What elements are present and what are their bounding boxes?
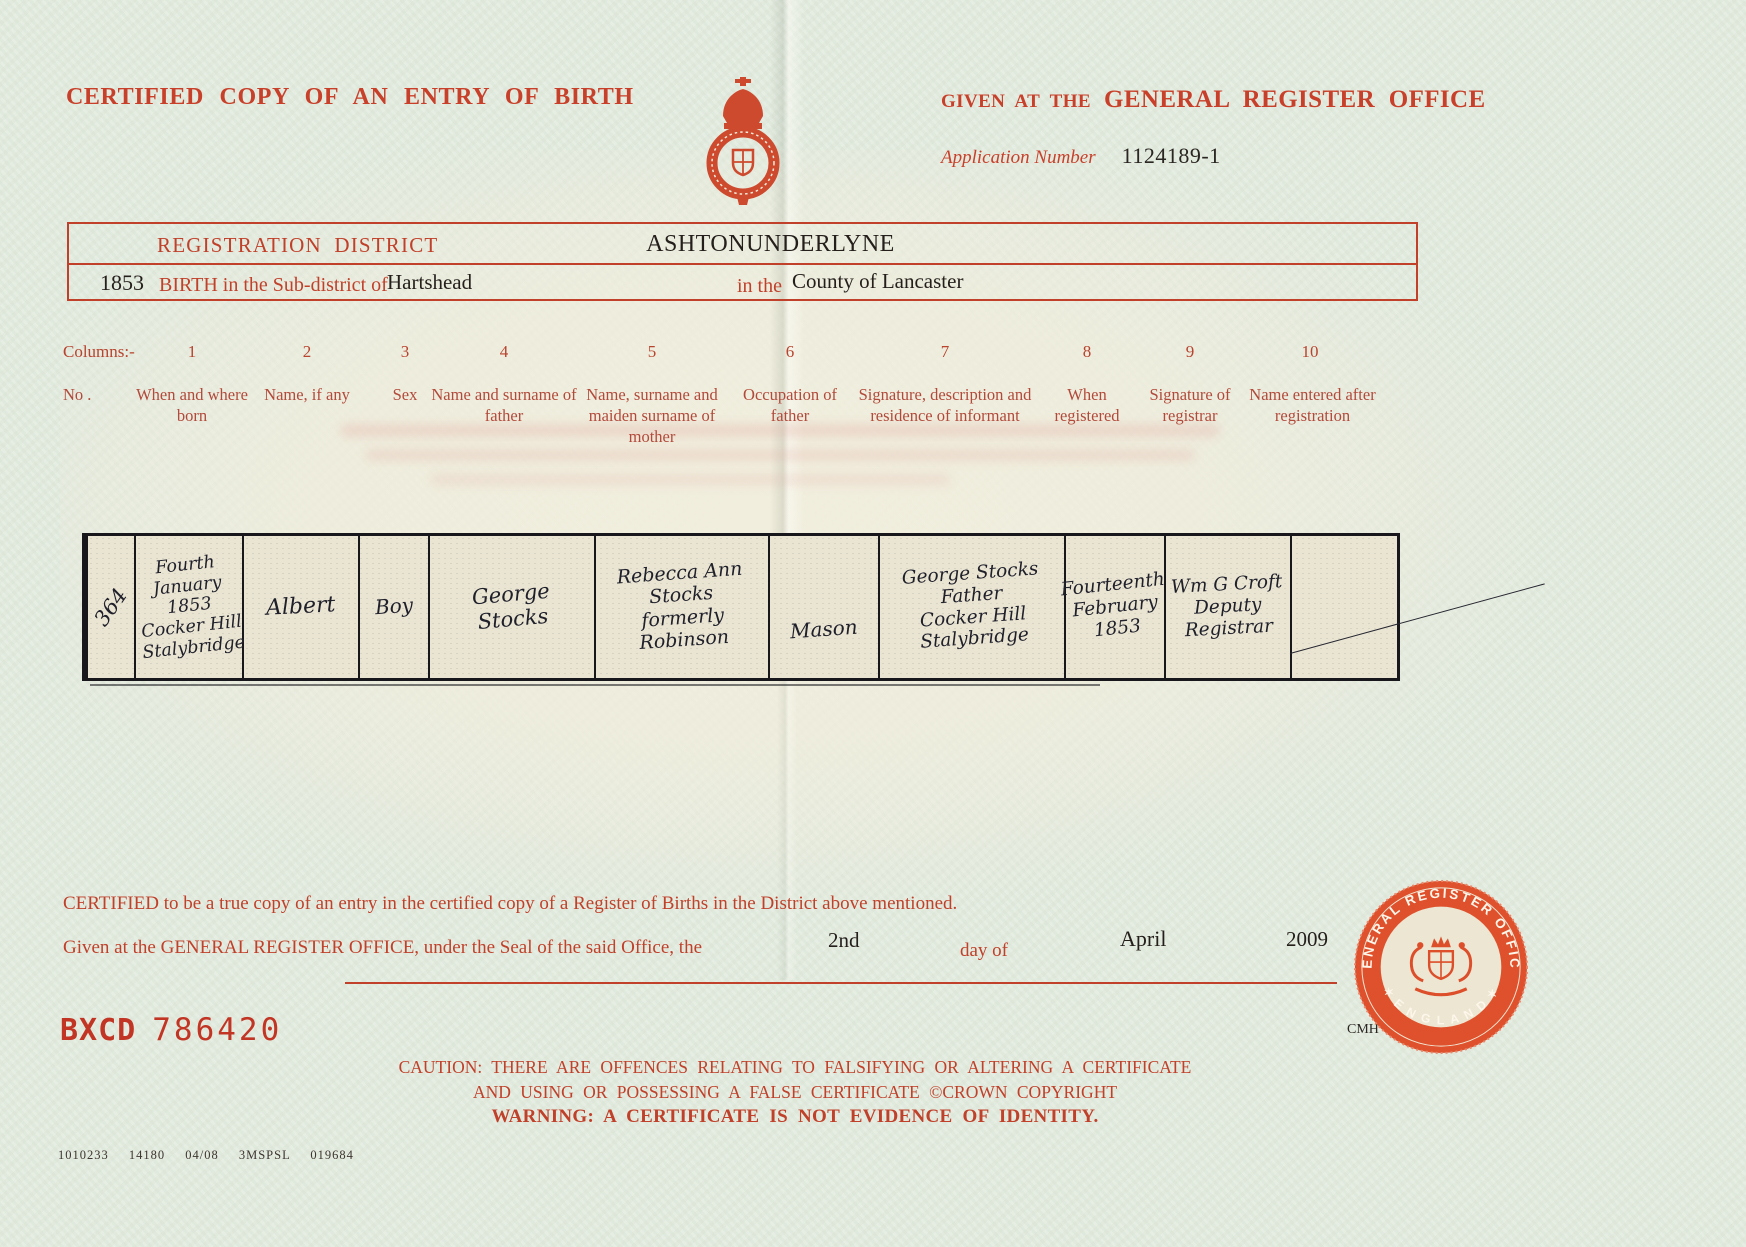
column-header-no: No . bbox=[63, 384, 123, 405]
general-register-office-seal-icon: GENERAL REGISTER OFFICE ✶ E N G L A N D … bbox=[1352, 878, 1530, 1056]
district-box-row1: REGISTRATION DISTRICT ASHTONUNDERLYNE bbox=[69, 224, 1416, 265]
column-number-6: 6 bbox=[768, 342, 812, 362]
column-header-occupation: Occupation of father bbox=[730, 384, 850, 426]
entry-cell-occupation: Mason bbox=[770, 536, 880, 678]
entry-registrar-signature: Wm G Croft Deputy Registrar bbox=[1171, 571, 1286, 642]
column-number-10: 10 bbox=[1288, 342, 1332, 362]
serial-prefix: BXCD bbox=[60, 1013, 136, 1048]
entry-cell-no: 364 bbox=[88, 536, 136, 678]
caution-line-1: CAUTION: THERE ARE OFFENCES RELATING TO … bbox=[310, 1055, 1280, 1080]
entry-cell-when-registered: Fourteenth February 1853 bbox=[1066, 536, 1166, 678]
day-of-label: day of bbox=[960, 940, 1008, 962]
entry-cell-sex: Boy bbox=[360, 536, 430, 678]
subdistrict-value: Hartshead bbox=[387, 270, 472, 295]
caution-line-2: AND USING OR POSSESSING A FALSE CERTIFIC… bbox=[310, 1080, 1280, 1105]
district-box-row2: 1853 BIRTH in the Sub-district of Hartsh… bbox=[69, 265, 1416, 301]
entry-no: 364 bbox=[89, 583, 132, 630]
entry-occupation: Mason bbox=[789, 616, 858, 644]
column-number-9: 9 bbox=[1168, 342, 1212, 362]
column-number-5: 5 bbox=[630, 342, 674, 362]
given-at-office: GENERAL REGISTER OFFICE bbox=[1104, 86, 1486, 114]
column-number-7: 7 bbox=[923, 342, 967, 362]
column-header-informant: Signature, description and residence of … bbox=[840, 384, 1050, 426]
column-header-registrar-signature: Signature of registrar bbox=[1130, 384, 1250, 426]
entry-sex: Boy bbox=[374, 594, 414, 620]
entry-when-where-born: Fourth January 1853 Cocker Hill Stalybri… bbox=[132, 550, 245, 663]
print-reference-code: 1010233 14180 04/08 3MSPSL 019684 bbox=[58, 1148, 354, 1163]
application-number-row: Application Number 1124189-1 bbox=[941, 143, 1221, 169]
birth-certificate-page: { "palette": { "accent_red": "#c0402a", … bbox=[0, 0, 1746, 1247]
register-underline bbox=[90, 684, 1100, 686]
column-number-4: 4 bbox=[482, 342, 526, 362]
columns-label: Columns:- bbox=[63, 342, 135, 362]
column-header-name-after-registration: Name entered after registration bbox=[1240, 384, 1385, 426]
column-header-when-where-born: When and where born bbox=[132, 384, 252, 426]
register-entry-row: 364 Fourth January 1853 Cocker Hill Stal… bbox=[82, 533, 1400, 681]
entry-cell-father: George Stocks bbox=[430, 536, 596, 678]
column-header-when-registered: When registered bbox=[1037, 384, 1137, 426]
issue-year: 2009 bbox=[1286, 927, 1328, 952]
column-number-8: 8 bbox=[1065, 342, 1109, 362]
warning-notice: WARNING: A CERTIFICATE IS NOT EVIDENCE O… bbox=[310, 1106, 1280, 1128]
caution-notice: CAUTION: THERE ARE OFFENCES RELATING TO … bbox=[310, 1055, 1280, 1104]
column-number-1: 1 bbox=[170, 342, 214, 362]
entry-cell-mother: Rebecca Ann Stocks formerly Robinson bbox=[596, 536, 770, 678]
column-header-name: Name, if any bbox=[247, 384, 367, 405]
certificate-title: CERTIFIED COPY OF AN ENTRY OF BIRTH bbox=[66, 84, 634, 111]
given-at-statement: Given at the GENERAL REGISTER OFFICE, un… bbox=[63, 937, 702, 959]
issue-day: 2nd bbox=[828, 928, 860, 953]
security-print-smudge bbox=[430, 474, 950, 485]
serial-number: 786420 bbox=[152, 1012, 282, 1048]
given-at-prefix: GIVEN AT THE bbox=[941, 91, 1091, 113]
column-number-3: 3 bbox=[383, 342, 427, 362]
entry-mother: Rebecca Ann Stocks formerly Robinson bbox=[616, 558, 748, 656]
entry-name: Albert bbox=[266, 592, 337, 622]
in-the-label: in the bbox=[737, 275, 782, 298]
registration-district-box: REGISTRATION DISTRICT ASHTONUNDERLYNE 18… bbox=[67, 222, 1418, 301]
column-header-mother: Name, surname and maiden surname of moth… bbox=[572, 384, 732, 447]
county-value: County of Lancaster bbox=[792, 269, 963, 294]
register-year: 1853 bbox=[100, 270, 144, 296]
entry-father: George Stocks bbox=[471, 579, 553, 635]
column-number-2: 2 bbox=[285, 342, 329, 362]
entry-cell-informant: George Stocks Father Cocker Hill Stalybr… bbox=[880, 536, 1066, 678]
signature-rule bbox=[345, 982, 1337, 984]
given-at-heading: GIVEN AT THE GENERAL REGISTER OFFICE bbox=[941, 86, 1486, 114]
application-number-label: Application Number bbox=[941, 147, 1096, 169]
birth-subdistrict-label: BIRTH in the Sub-district of bbox=[159, 274, 388, 297]
column-header-father: Name and surname of father bbox=[424, 384, 584, 426]
entry-when-registered: Fourteenth February 1853 bbox=[1060, 569, 1171, 645]
royal-arms-icon bbox=[697, 76, 789, 208]
certified-statement: CERTIFIED to be a true copy of an entry … bbox=[63, 893, 957, 915]
entry-cell-registrar-signature: Wm G Croft Deputy Registrar bbox=[1166, 536, 1292, 678]
entry-cell-when-where-born: Fourth January 1853 Cocker Hill Stalybri… bbox=[136, 536, 244, 678]
issue-month: April bbox=[1120, 926, 1166, 952]
application-number-value: 1124189-1 bbox=[1122, 143, 1221, 169]
registration-district-value: ASHTONUNDERLYNE bbox=[97, 231, 1444, 258]
entry-cell-name: Albert bbox=[244, 536, 360, 678]
entry-cell-name-after-registration bbox=[1292, 536, 1397, 678]
certificate-serial: BXCD 786420 bbox=[60, 1012, 282, 1048]
security-print-smudge bbox=[365, 449, 1195, 461]
entry-informant: George Stocks Father Cocker Hill Stalybr… bbox=[901, 559, 1043, 656]
